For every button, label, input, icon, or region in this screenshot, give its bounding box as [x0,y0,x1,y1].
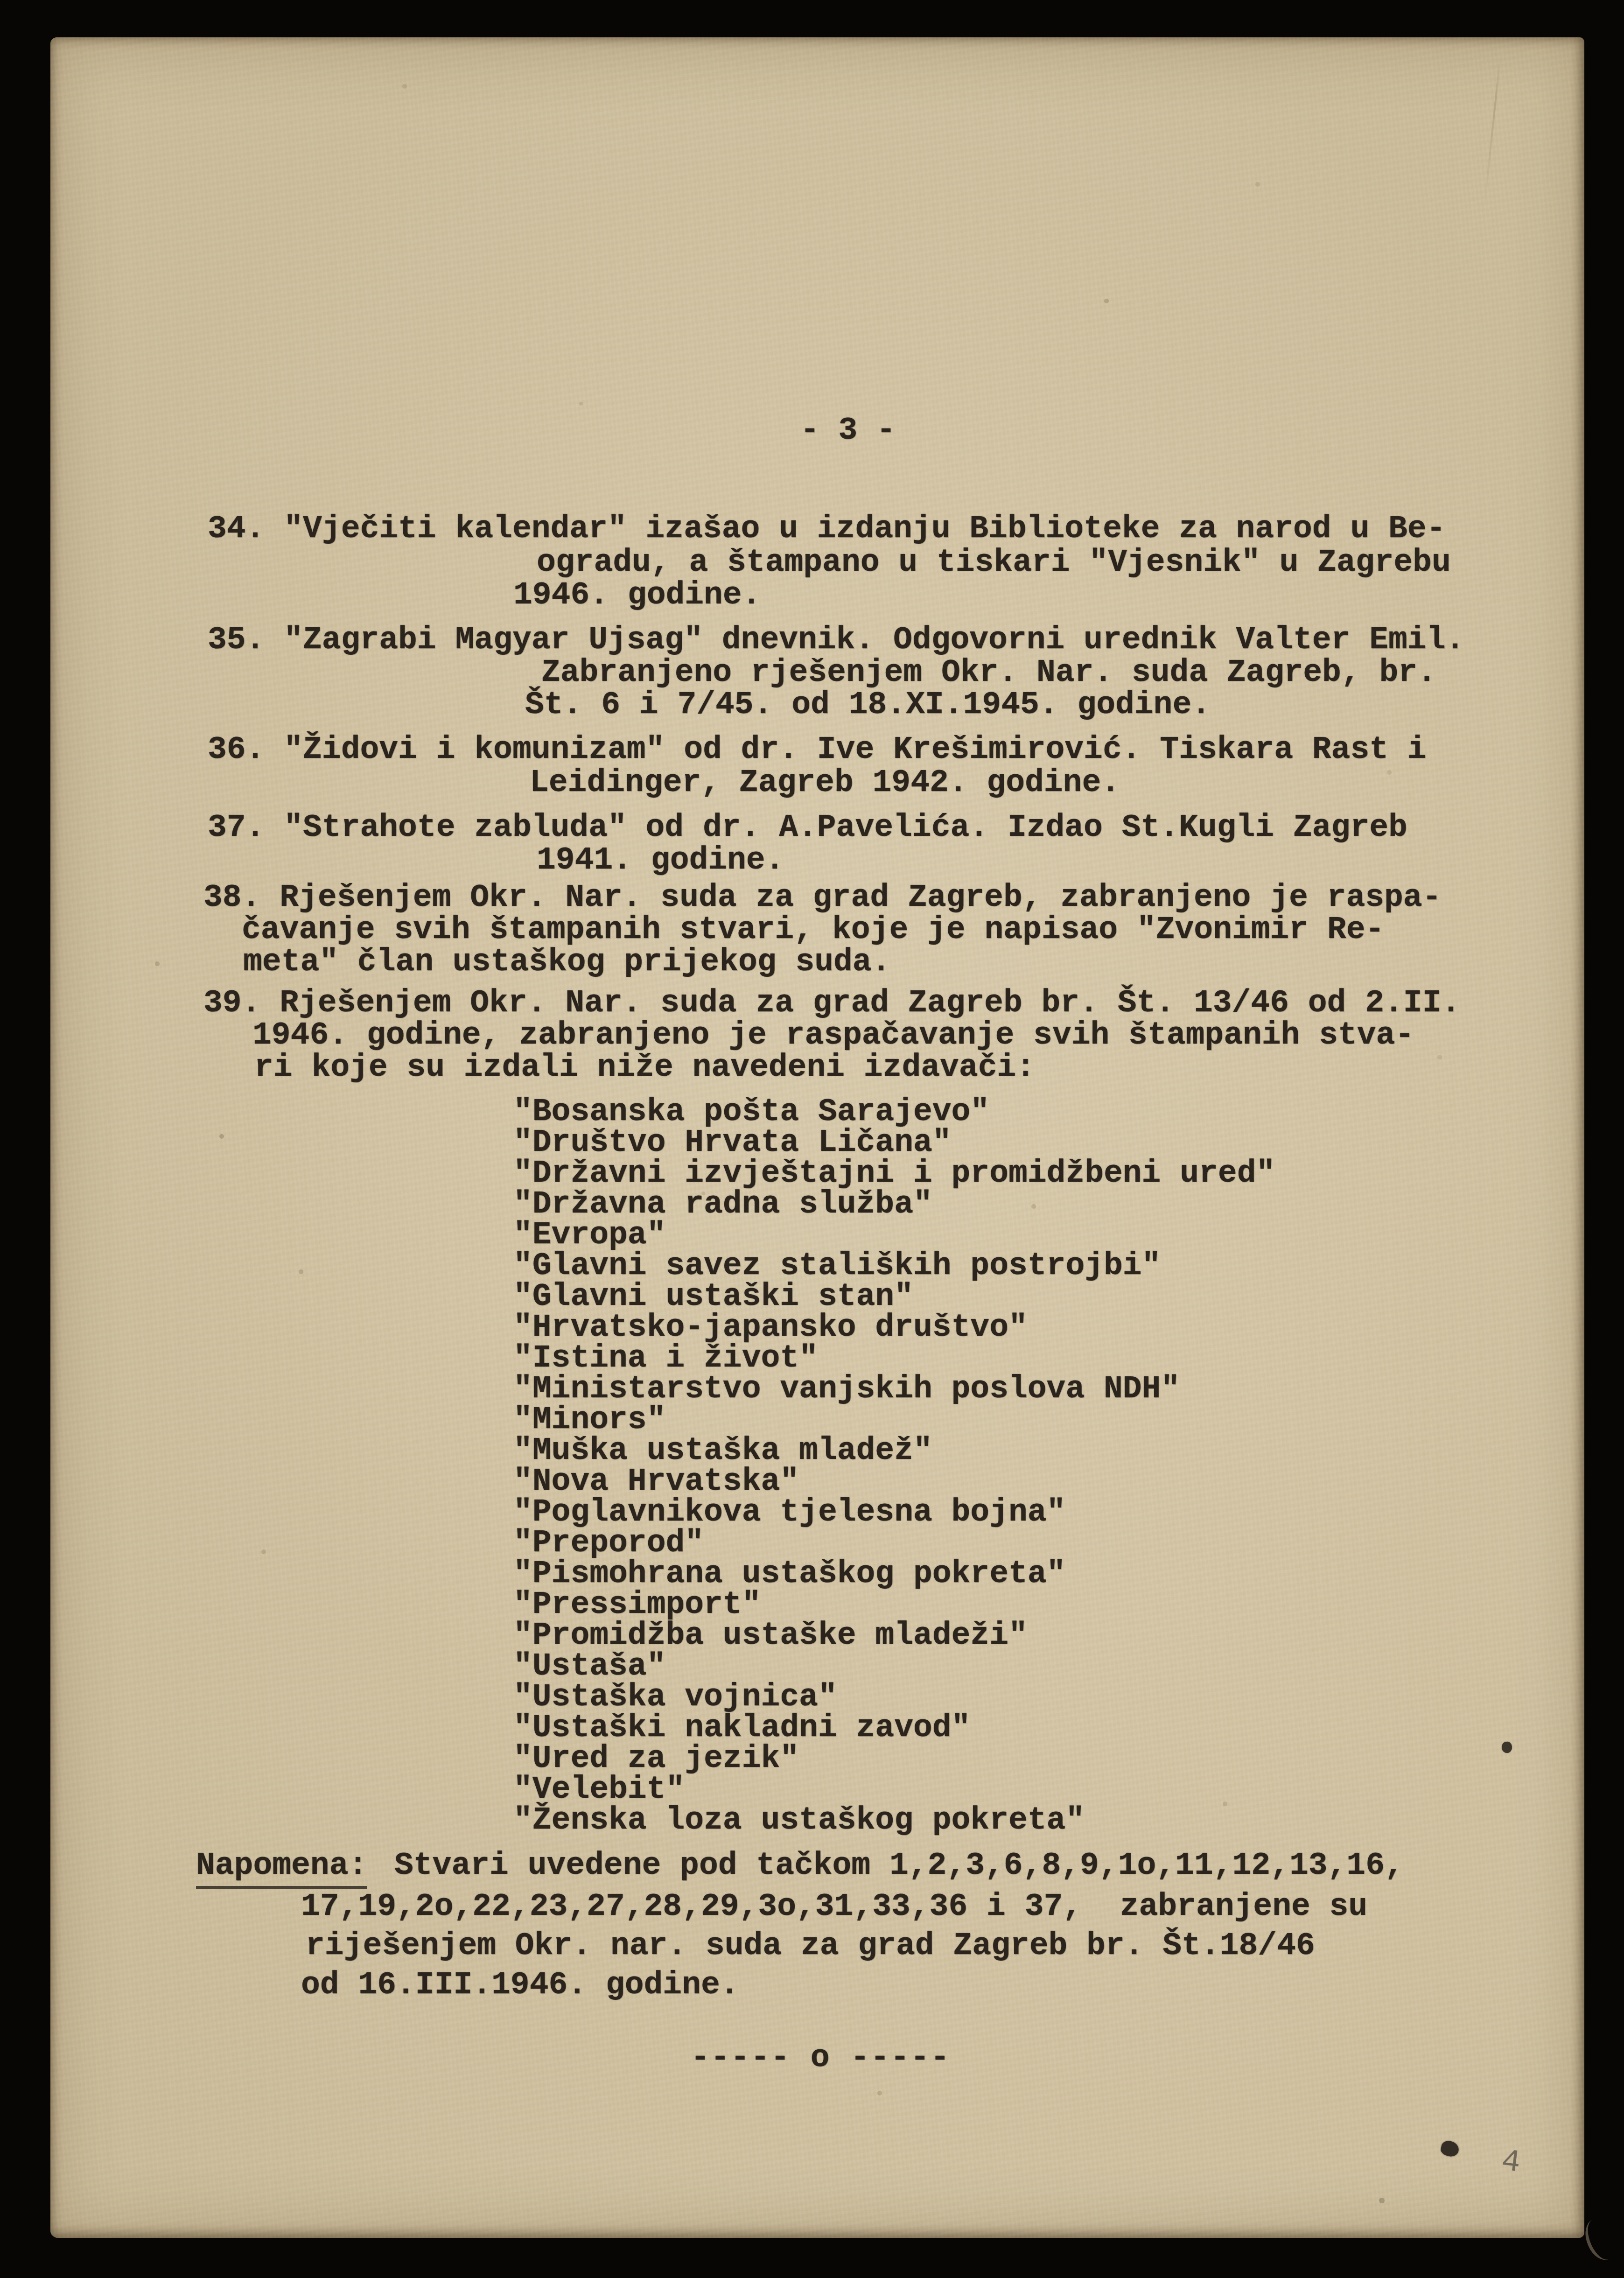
note-line-1: Stvari uvedene pod tačkom 1,2,3,6,8,9,1o… [394,1850,1404,1882]
entry-36-line-2: Leidinger, Zagreb 1942. godine. [530,767,1120,799]
publisher-line: "Ured za jezik" [513,1743,799,1775]
note-label: Napomena: [196,1850,367,1889]
paper-fiber-specks [0,0,3,3]
entry-36-line-1: 36. "Židovi i komunizam" od dr. Ive Kreš… [208,734,1427,766]
publisher-line: "Bosanska pošta Sarajevo" [513,1096,989,1128]
publisher-line: "Muška ustaška mladež" [513,1435,932,1467]
entry-35-line-3: Št. 6 i 7/45. od 18.XI.1945. godine. [525,689,1211,721]
entry-35-line-2: Zabranjeno rješenjem Okr. Nar. suda Zagr… [541,657,1436,689]
publisher-line: "Nova Hrvatska" [513,1466,799,1498]
publisher-line: "Hrvatsko-japansko društvo" [513,1312,1028,1344]
publisher-line: "Evropa" [513,1220,665,1251]
publisher-line: "Državni izvještajni i promidžbeni ured" [513,1158,1275,1190]
end-separator: ----- o ----- [691,2042,951,2074]
pencil-digit-mark: 4 [1500,2146,1522,2179]
publisher-line: "Istina i život" [513,1343,818,1374]
scanned-document-page: { "scan": { "background_color": "#080605… [0,0,1624,2278]
entry-34-line-1: 34. "Vječiti kalendar" izašao u izdanju … [208,513,1445,545]
publisher-line: "Velebit" [513,1774,685,1806]
entry-39-line-1: 39. Rješenjem Okr. Nar. suda za grad Zag… [203,988,1460,1019]
publisher-line: "Minors" [513,1404,665,1436]
entry-34-line-2: ogradu, a štampano u tiskari "Vjesnik" u… [537,547,1451,579]
note-line-4: od 16.III.1946. godine. [301,1970,739,2001]
publisher-line: "Ženska loza ustaškog pokreta" [513,1805,1085,1836]
publisher-line: "Preporod" [513,1528,704,1559]
note-line-2: 17,19,2o,22,23,27,28,29,3o,31,33,36 i 37… [301,1891,1367,1923]
entry-38-line-1: 38. Rješenjem Okr. Nar. suda za grad Zag… [203,882,1441,914]
publisher-line: "Promidžba ustaške mladeži" [513,1620,1028,1652]
entry-37-line-1: 37. "Strahote zabluda" od dr. A.Pavelića… [208,812,1407,844]
publisher-line: "Društvo Hrvata Ličana" [513,1127,952,1159]
entry-35-line-1: 35. "Zagrabi Magyar Ujsag" dnevnik. Odgo… [208,624,1464,656]
publisher-line: "Poglavnikova tjelesna bojna" [513,1497,1065,1528]
publisher-line: "Glavni savez staliških postrojbi" [513,1250,1161,1282]
entry-39-line-2: 1946. godine, zabranjeno je raspačavanje… [252,1020,1414,1051]
publisher-line: "Glavni ustaški stan" [513,1281,913,1313]
publisher-line: "Ustaška vojnica" [513,1682,837,1713]
entry-37-line-2: 1941. godine. [537,845,784,876]
entry-38-line-3: meta" član ustaškog prijekog suda. [243,946,890,978]
publisher-line: "Pressimport" [513,1589,761,1621]
entry-39-line-3: ri koje su izdali niže navedeni izdavači… [254,1052,1035,1084]
publisher-line: "Pismohrana ustaškog pokreta" [513,1558,1065,1590]
entry-38-line-2: čavanje svih štampanih stvari, koje je n… [242,914,1384,946]
page-number: - 3 - [800,415,896,447]
note-line-3: riješenjem Okr. nar. suda za grad Zagreb… [306,1930,1315,1962]
publisher-line: "Državna radna služba" [513,1189,932,1220]
publisher-line: "Ministarstvo vanjskih poslova NDH" [513,1374,1180,1405]
entry-34-line-3: 1946. godine. [513,580,761,611]
scan-corner-curl-artifact [1579,2214,1623,2265]
publisher-line: "Ustaša" [513,1651,665,1682]
publisher-line: "Ustaški nakladni zavod" [513,1712,970,1744]
